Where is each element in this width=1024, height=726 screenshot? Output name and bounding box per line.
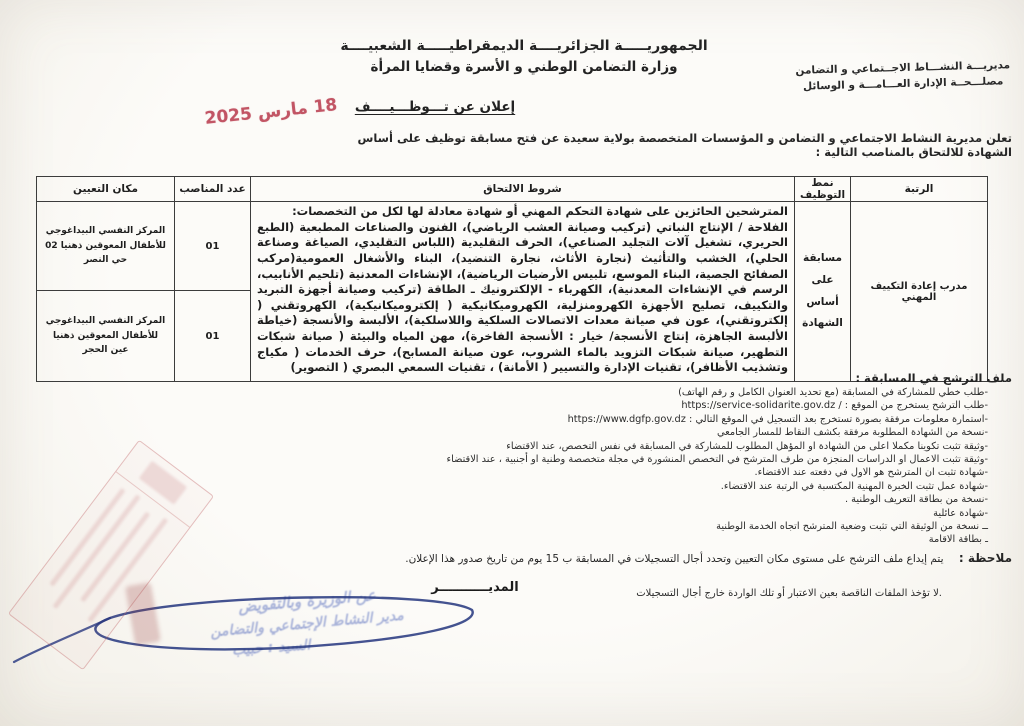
mode-word: أساس [797,292,848,314]
ink-smudge [125,582,161,646]
assignment-location-cell: المركز النفسي البيداغوجي للأطفال المعوقي… [37,202,175,291]
post-count-cell: 01 [175,291,251,382]
header-location: مكان التعيين [37,177,175,202]
post-count-cell: 01 [175,202,251,291]
red-date-stamp: 18 مارس 2025 [195,94,346,130]
header-conditions: شروط الالتحاق [251,177,795,202]
dossier-item: -نسخة من الشهادة المطلوبة مرفقة بكشف الن… [12,426,988,439]
dossier-heading: ملف الترشح في المسابقة : [12,371,1012,385]
ministry-line: وزارة التضامن الوطني و الأسرة وقضايا الم… [288,57,760,77]
positions-table: الرتبة نمط التوظيف شروط الالتحاق عدد الم… [36,176,988,382]
recruitment-mode-cell: مسابقة على أساس الشهادة [795,202,851,382]
document-page: الجمهوريـــــة الجزائريــــة الديمقراطيـ… [0,0,1024,726]
signature-stamp-line: السيد : حبيب [232,637,311,658]
note-label: ملاحظة : [959,551,1012,565]
mode-word: الشهادة [797,313,848,335]
rank-cell: مدرب إعادة التكييف المهني [851,202,988,382]
dossier-item: -طلب خطي للمشاركة في المسابقة (مع تحديد … [12,386,988,399]
header-rank: الرتبة [851,177,988,202]
table-row: مدرب إعادة التكييف المهني مسابقة على أسا… [37,202,988,291]
page-title: إعلان عن تـــوظـــيــــف [330,99,540,115]
dossier-item: -استمارة معلومات مرفقة بصورة تستخرج بعد … [12,413,988,426]
dossier-item: -طلب الترشح يستخرج من الموقع : / https:/… [12,399,988,412]
director-signature-label: المديـــــــــــر [420,580,530,595]
mode-word: على [797,270,848,292]
directorate-header: مديريـــة النشـــاط الاجــتماعي و التضام… [788,57,1019,96]
table-header-row: الرتبة نمط التوظيف شروط الالتحاق عدد الم… [37,177,988,202]
republic-line: الجمهوريـــــة الجزائريــــة الديمقراطيـ… [288,36,760,57]
republic-header: الجمهوريـــــة الجزائريــــة الديمقراطيـ… [288,36,760,77]
header-mode: نمط التوظيف [795,177,851,202]
note-text: يتم إيداع ملف الترشح على مستوى مكان التع… [405,553,943,565]
mode-word: مسابقة [797,248,848,270]
conditions-intro: المترشحين الحائزين على شهادة التحكم المه… [292,204,788,218]
note-line-2: .لا تؤخذ الملفات الناقصة بعين الاعتبار أ… [636,588,942,599]
dossier-item: -وثيقة تثبت تكوينا مكملا اعلى من الشهادة… [12,440,988,453]
conditions-body: الفلاحة / الإنتاج النباتي (تركيب وصيانة … [257,220,788,375]
header-count: عدد المناصب [175,177,251,202]
conditions-cell: المترشحين الحائزين على شهادة التحكم المه… [251,202,795,382]
announcement-intro: تعلن مديرية النشاط الاجتماعي و التضامن و… [344,131,1012,159]
assignment-location-cell: المركز النفسي البيداغوجي للأطفال المعوقي… [37,291,175,382]
